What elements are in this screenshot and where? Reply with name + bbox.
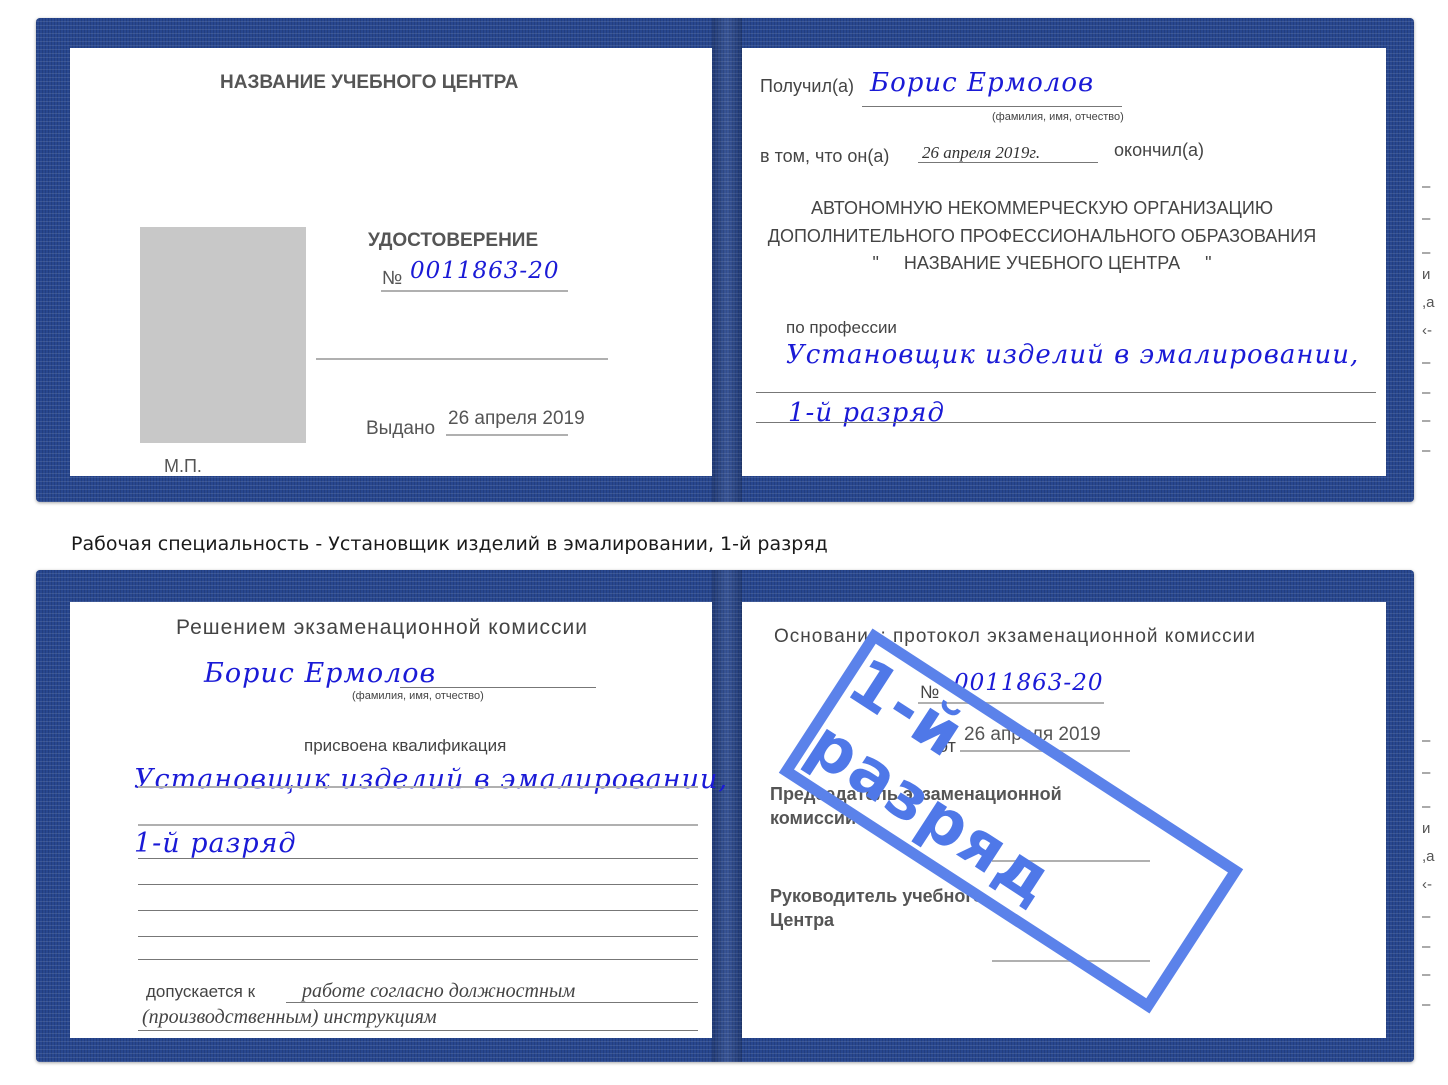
- margin-mark: –: [1422, 996, 1430, 1013]
- issued-label: Выдано: [366, 418, 435, 440]
- margin-mark: –: [1422, 442, 1430, 459]
- margin-mark: ,а: [1422, 294, 1435, 311]
- decision-title: Решением экзаменационной комиссии: [176, 616, 588, 640]
- holder-name-underline: [400, 687, 596, 688]
- admitted-line-2: (производственным) инструкциям: [142, 1006, 437, 1029]
- margin-mark: ,а: [1422, 848, 1435, 865]
- admitted-label: допускается к: [146, 982, 255, 1002]
- certificate-cover-top: НАЗВАНИЕ УЧЕБНОГО ЦЕНТРА М.П. УДОСТОВЕРЕ…: [36, 18, 1414, 502]
- admitted-underline-1: [286, 1002, 698, 1003]
- qualification-line-2: 1-й разряд: [134, 828, 297, 859]
- blank-line: [138, 910, 698, 911]
- profession-label: по профессии: [786, 318, 897, 338]
- margin-mark: –: [1422, 210, 1430, 227]
- head-label-1: Руководитель учебного: [770, 886, 984, 907]
- blank-line: [138, 858, 698, 859]
- margin-mark: –: [1422, 966, 1430, 983]
- blank-line: [138, 959, 698, 960]
- admitted-line-1: работе согласно должностным: [302, 980, 575, 1003]
- page-bottom-left: Решением экзаменационной комиссии Борис …: [70, 602, 712, 1038]
- training-center-name: НАЗВАНИЕ УЧЕБНОГО ЦЕНТРА: [220, 72, 518, 94]
- page-top-right: Получил(а) Борис Ермолов (фамилия, имя, …: [742, 48, 1386, 476]
- margin-mark: –: [1422, 178, 1430, 195]
- stamp-place-label: М.П.: [164, 456, 202, 477]
- finish-date-underline: [918, 162, 1098, 163]
- margin-mark: –: [1422, 938, 1430, 955]
- finished-label: окончил(а): [1114, 140, 1204, 161]
- margin-mark: –: [1422, 798, 1430, 815]
- recipient-name: Борис Ермолов: [870, 68, 1094, 98]
- name-underline: [862, 106, 1122, 107]
- org-line-2: ДОПОЛНИТЕЛЬНОГО ПРОФЕССИОНАЛЬНОГО ОБРАЗО…: [742, 226, 1342, 247]
- qualification-line-1: Установщик изделий в эмалировании,: [134, 764, 728, 795]
- holder-name-hint: (фамилия, имя, отчество): [352, 690, 484, 702]
- profession-line-1: Установщик изделий в эмалировании,: [786, 340, 1359, 370]
- blank-line: [138, 884, 698, 885]
- margin-mark: ‹-: [1422, 876, 1432, 893]
- certificate-number: 0011863-20: [410, 258, 559, 284]
- that-label: в том, что он(а): [760, 146, 889, 167]
- document-title: УДОСТОВЕРЕНИЕ: [368, 230, 538, 252]
- cover-spine: [712, 18, 742, 502]
- margin-mark: –: [1422, 244, 1430, 261]
- qualification-underline-1: [138, 786, 698, 788]
- margin-mark: –: [1422, 412, 1430, 429]
- margin-mark: –: [1422, 354, 1430, 371]
- admitted-underline-2: [138, 1030, 698, 1031]
- margin-mark: и: [1422, 266, 1430, 283]
- margin-mark: ‹-: [1422, 322, 1432, 339]
- qualification-underline-2: [138, 824, 698, 826]
- qualification-label: присвоена квалификация: [304, 736, 506, 756]
- profession-line-2: 1-й разряд: [788, 398, 945, 428]
- specialty-caption: Рабочая специальность - Установщик издел…: [71, 533, 828, 555]
- certificate-cover-bottom: Решением экзаменационной комиссии Борис …: [36, 570, 1414, 1062]
- protocol-number: 0011863-20: [954, 670, 1103, 696]
- margin-mark: и: [1422, 820, 1430, 837]
- profession-underline-2: [756, 422, 1376, 423]
- org-line-3: " НАЗВАНИЕ УЧЕБНОГО ЦЕНТРА ": [742, 253, 1342, 274]
- margin-mark: –: [1422, 732, 1430, 749]
- page-top-left: НАЗВАНИЕ УЧЕБНОГО ЦЕНТРА М.П. УДОСТОВЕРЕ…: [70, 48, 712, 476]
- number-sign: №: [382, 268, 402, 290]
- issued-underline: [446, 434, 568, 436]
- received-label: Получил(а): [760, 76, 854, 97]
- basis-title: Основание: протокол экзаменационной коми…: [774, 626, 1256, 648]
- issued-date: 26 апреля 2019: [448, 408, 585, 430]
- margin-mark: –: [1422, 908, 1430, 925]
- signature-line: [316, 358, 608, 360]
- blank-line: [138, 936, 698, 937]
- margin-mark: –: [1422, 764, 1430, 781]
- cover-spine: [712, 570, 742, 1062]
- holder-name: Борис Ермолов: [204, 658, 436, 689]
- margin-mark: –: [1422, 384, 1430, 401]
- number-underline: [381, 290, 568, 292]
- profession-underline-1: [756, 392, 1376, 393]
- finish-date: 26 апреля 2019г.: [922, 143, 1040, 163]
- name-hint: (фамилия, имя, отчество): [992, 111, 1124, 123]
- photo-placeholder: [140, 227, 306, 443]
- org-line-1: АВТОНОМНУЮ НЕКОММЕРЧЕСКУЮ ОРГАНИЗАЦИЮ: [742, 198, 1342, 219]
- head-label-2: Центра: [770, 910, 834, 931]
